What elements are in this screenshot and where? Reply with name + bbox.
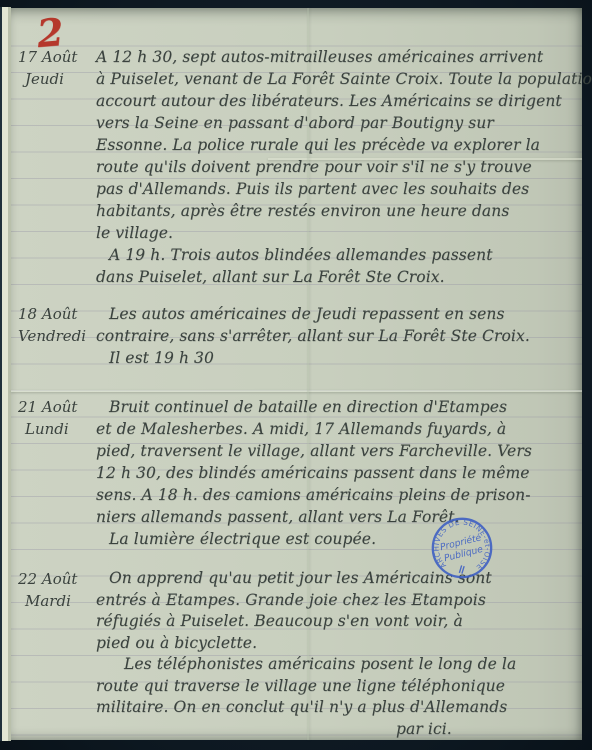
- entry-date-label: 21 Août: [18, 396, 94, 418]
- entry-text: On apprend qu'au petit jour les Américai…: [96, 568, 580, 740]
- handwriting-line: par ici.: [96, 719, 580, 741]
- journal-entry-17-aout: 17 Août Jeudi A 12 h 30, sept autos-mitr…: [11, 46, 582, 288]
- entry-text: Bruit continuel de bataille en direction…: [96, 396, 580, 550]
- handwriting-line: route qui traverse le village une ligne …: [96, 676, 580, 698]
- entry-date: 18 Août Vendredi: [18, 303, 94, 347]
- handwriting-line: A 19 h. Trois autos blindées allemandes …: [96, 244, 580, 266]
- handwriting-line: Essonne. La police rurale qui les précèd…: [96, 134, 580, 156]
- entry-day-label: Jeudi: [18, 68, 94, 90]
- handwriting-line: On apprend qu'au petit jour les Américai…: [96, 568, 580, 590]
- stamp-bottom-mark: [459, 565, 465, 574]
- handwriting-line: pas d'Allemands. Puis ils partent avec l…: [96, 178, 580, 200]
- entry-date: 17 Août Jeudi: [18, 46, 94, 90]
- handwriting-line: pied ou à bicyclette.: [96, 633, 580, 655]
- handwriting-line: dans Puiselet, allant sur La Forêt Ste C…: [96, 266, 580, 288]
- handwriting-line: et de Malesherbes. A midi, 17 Allemands …: [96, 418, 580, 440]
- paper-crease-horizontal: [11, 390, 582, 392]
- entry-day-label: Vendredi: [18, 325, 94, 347]
- handwriting-line: A 12 h 30, sept autos-mitrailleuses amér…: [96, 46, 580, 68]
- entry-day-label: Lundi: [18, 418, 94, 440]
- entry-date-label: 17 Août: [18, 46, 94, 68]
- handwriting-line: à Puiselet, venant de La Forêt Sainte Cr…: [96, 68, 580, 90]
- journal-entry-22-aout: 22 Août Mardi On apprend qu'au petit jou…: [11, 568, 582, 740]
- handwriting-line: militaire. On en conclut qu'il n'y a plu…: [96, 697, 580, 719]
- handwriting-line: contraire, sans s'arrêter, allant sur La…: [96, 325, 580, 347]
- entry-text: Les autos américaines de Jeudi repassent…: [96, 303, 580, 369]
- handwriting-line: réfugiés à Puiselet. Beaucoup s'en vont …: [96, 611, 580, 633]
- handwriting-line: accourt autour des libérateurs. Les Amér…: [96, 90, 580, 112]
- entry-date: 22 Août Mardi: [18, 568, 94, 612]
- journal-page: 2 17 Août Jeudi A 12 h 30, sept autos-mi…: [11, 8, 582, 740]
- archive-stamp: ARCHIVES DE SEINE-et-OISE Propriété Publ…: [426, 512, 498, 584]
- handwriting-line: vers la Seine en passant d'abord par Bou…: [96, 112, 580, 134]
- handwriting-line: le village.: [96, 222, 580, 244]
- handwriting-line: pied, traversent le village, allant vers…: [96, 440, 580, 462]
- handwriting-line: habitants, après être restés environ une…: [96, 200, 580, 222]
- archive-stamp-graphic: ARCHIVES DE SEINE-et-OISE Propriété Publ…: [426, 512, 498, 584]
- entry-date-label: 18 Août: [18, 303, 94, 325]
- facing-page-edge: [0, 7, 11, 741]
- handwriting-line: Les téléphonistes américains posent le l…: [96, 654, 580, 676]
- handwriting-line: niers allemands passent, allant vers La …: [96, 506, 580, 528]
- handwriting-line: La lumière électrique est coupée.: [96, 528, 580, 550]
- entry-date-label: 22 Août: [18, 568, 94, 590]
- handwriting-line: Les autos américaines de Jeudi repassent…: [96, 303, 580, 325]
- handwriting-line: 12 h 30, des blindés américains passent …: [96, 462, 580, 484]
- entry-day-label: Mardi: [18, 590, 94, 612]
- entry-text: A 12 h 30, sept autos-mitrailleuses amér…: [96, 46, 580, 288]
- handwriting-line: Il est 19 h 30: [96, 347, 580, 369]
- handwriting-line: Bruit continuel de bataille en direction…: [96, 396, 580, 418]
- handwriting-line: entrés à Etampes. Grande joie chez les E…: [96, 590, 580, 612]
- handwriting-line: sens. A 18 h. des camions américains ple…: [96, 484, 580, 506]
- journal-entry-18-aout: 18 Août Vendredi Les autos américaines d…: [11, 303, 582, 369]
- handwriting-line: route qu'ils doivent prendre pour voir s…: [96, 156, 580, 178]
- entry-date: 21 Août Lundi: [18, 396, 94, 440]
